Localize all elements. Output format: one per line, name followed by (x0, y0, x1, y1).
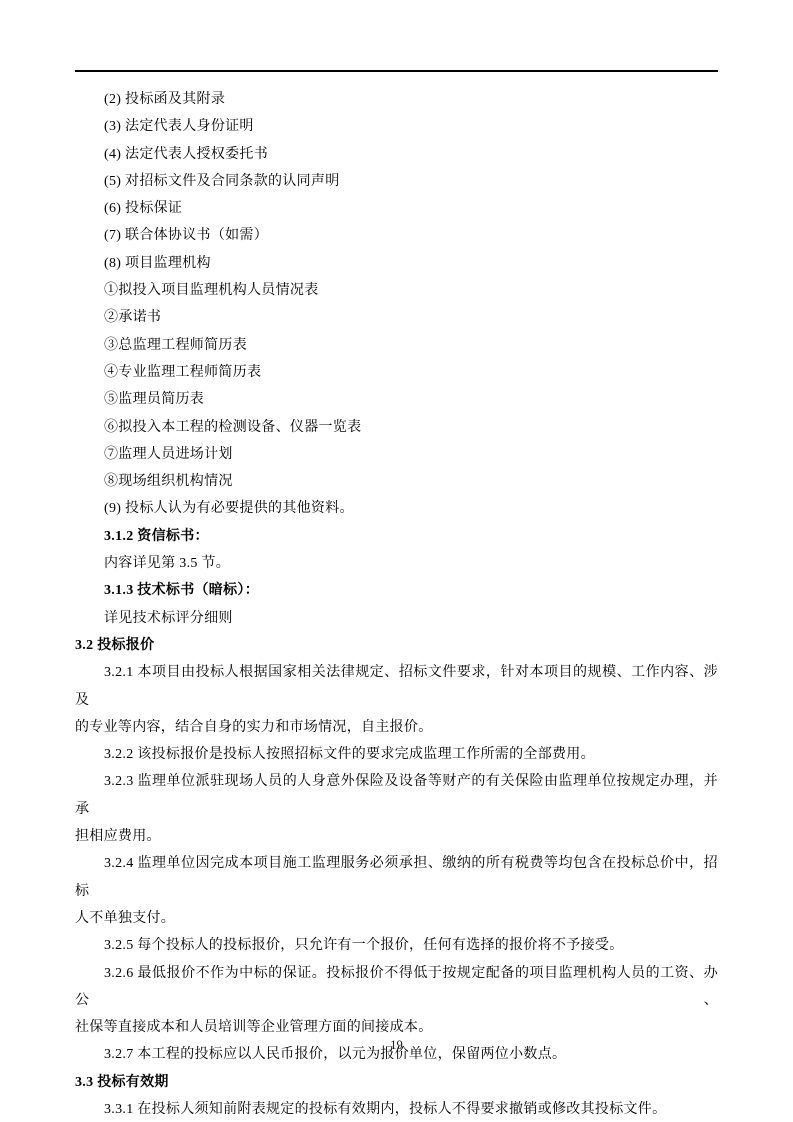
text-line: 内容详见第 3.5 节。 (75, 550, 718, 577)
text-line: 3.2.4 监理单位因完成本项目施工监理服务必须承担、缴纳的所有税费等均包含在投… (75, 850, 718, 905)
text-line: (9) 投标人认为有必要提供的其他资料。 (75, 495, 718, 522)
text-line: (7) 联合体协议书（如需） (75, 222, 718, 249)
text-line: ③总监理工程师简历表 (75, 332, 718, 359)
text-line: ②承诺书 (75, 304, 718, 331)
text-line: ⑥拟投入本工程的检测设备、仪器一览表 (75, 414, 718, 441)
text-line: 3.2 投标报价 (75, 632, 718, 659)
text-line: 3.2.2 该投标报价是投标人按照招标文件的要求完成监理工作所需的全部费用。 (75, 741, 718, 768)
text-line: (3) 法定代表人身份证明 (75, 113, 718, 140)
text-line: (5) 对招标文件及合同条款的认同声明 (75, 168, 718, 195)
text-line: 3.2.1 本项目由投标人根据国家相关法律规定、招标文件要求，针对本项目的规模、… (75, 659, 718, 714)
text-line: ⑤监理员简历表 (75, 386, 718, 413)
text-line: (4) 法定代表人授权委托书 (75, 141, 718, 168)
text-line: 3.2.6 最低报价不作为中标的保证。投标报价不得低于按规定配备的项目监理机构人… (75, 960, 718, 1015)
text-line: 3.3 投标有效期 (75, 1069, 718, 1096)
text-line: ⑧现场组织机构情况 (75, 468, 718, 495)
text-line: 的专业等内容，结合自身的实力和市场情况，自主报价。 (75, 714, 718, 741)
text-line: 人不单独支付。 (75, 905, 718, 932)
text-line: (8) 项目监理机构 (75, 250, 718, 277)
text-line: (2) 投标函及其附录 (75, 86, 718, 113)
text-line: 3.2.3 监理单位派驻现场人员的人身意外保险及设备等财产的有关保险由监理单位按… (75, 768, 718, 823)
text-line: (6) 投标保证 (75, 195, 718, 222)
text-line: 担相应费用。 (75, 823, 718, 850)
text-line: 3.3.1 在投标人须知前附表规定的投标有效期内，投标人不得要求撤销或修改其投标… (75, 1096, 718, 1122)
document-page: (2) 投标函及其附录(3) 法定代表人身份证明(4) 法定代表人授权委托书(5… (0, 0, 793, 1122)
text-line: 3.1.3 技术标书（暗标）： (75, 577, 718, 604)
text-line: ④专业监理工程师简历表 (75, 359, 718, 386)
text-line: 3.2.5 每个投标人的投标报价，只允许有一个报价，任何有选择的报价将不予接受。 (75, 932, 718, 959)
text-line: 详见技术标评分细则 (75, 605, 718, 632)
text-line: 3.1.2 资信标书： (75, 523, 718, 550)
text-line: ①拟投入项目监理机构人员情况表 (75, 277, 718, 304)
text-line: ⑦监理人员进场计划 (75, 441, 718, 468)
header-rule (75, 70, 718, 72)
document-body: (2) 投标函及其附录(3) 法定代表人身份证明(4) 法定代表人授权委托书(5… (75, 86, 718, 1122)
page-number: 19 (0, 1036, 793, 1054)
